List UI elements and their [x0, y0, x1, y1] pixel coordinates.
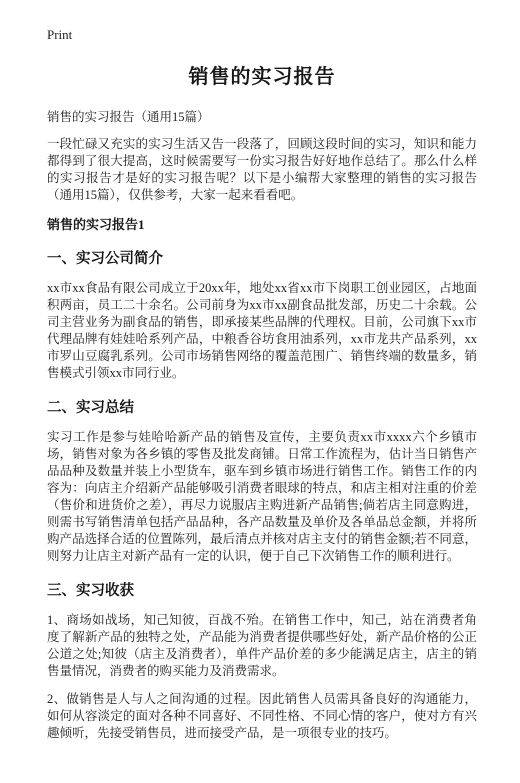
document-page: Print 销售的实习报告 销售的实习报告（通用15篇） 一段忙碌又充实的实习生… [0, 0, 520, 783]
section-internship-summary: 二、实习总结 实习工作是参与娃哈哈新产品的销售及宣传，主要负责xx市xxxx六个… [47, 396, 477, 565]
intro-paragraph: 一段忙碌又充实的实习生活又告一段落了，回顾这段时间的实习，知识和能力都得到了很大… [47, 136, 477, 204]
document-subtitle: 销售的实习报告（通用15篇） [47, 107, 477, 125]
section-paragraph: 2、做销售是人与人之间沟通的过程。因此销售人员需具备良好的沟通能力，如何从容淡定… [47, 691, 477, 742]
report-heading: 销售的实习报告1 [47, 214, 477, 233]
section-heading-internship-gains: 三、实习收获 [47, 579, 477, 600]
section-heading-internship-summary: 二、实习总结 [47, 396, 477, 417]
print-link[interactable]: Print [47, 27, 72, 43]
page-title: 销售的实习报告 [47, 60, 477, 89]
section-company-intro: 一、实习公司简介 xx市xx食品有限公司成立于20xx年，地处xx省xx市下岗职… [47, 247, 477, 382]
section-paragraph: 1、商场如战场，知己知彼，百战不殆。在销售工作中，知己，站在消费者角度了解新产品… [47, 612, 477, 680]
section-paragraph: xx市xx食品有限公司成立于20xx年，地处xx省xx市下岗职工创业园区，占地面… [47, 280, 477, 382]
section-paragraph: 实习工作是参与娃哈哈新产品的销售及宣传，主要负责xx市xxxx六个乡镇市场，销售… [47, 429, 477, 565]
section-heading-company-intro: 一、实习公司简介 [47, 247, 477, 268]
